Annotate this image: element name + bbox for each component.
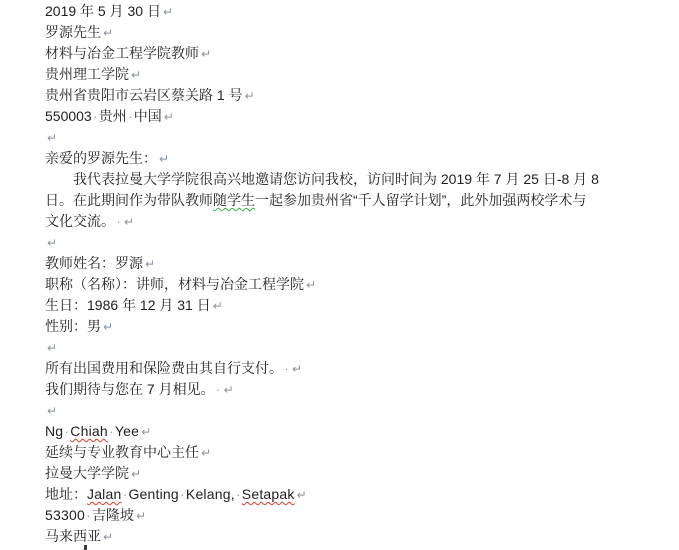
paragraph-mark-icon: ↵	[101, 320, 113, 334]
text-line: 我代表拉曼大学学院很高兴地邀请您访问我校，访问时间为 2019 年 7 月 25…	[45, 169, 665, 190]
text-line: 马来西亚↵	[45, 526, 665, 547]
clipped-character-fragment	[84, 545, 87, 550]
paragraph-mark-icon: ↵	[101, 530, 113, 544]
paragraph-mark-icon: ↵	[101, 26, 113, 40]
paragraph-mark-icon: ↵	[211, 299, 223, 313]
text-segment: 马来西亚	[45, 528, 101, 544]
text-line: 53300·吉隆坡↵	[45, 505, 665, 526]
paragraph-mark-icon: ↵	[45, 131, 57, 145]
text-segment: 性别：男	[45, 318, 101, 334]
text-segment: Genting	[128, 486, 178, 502]
text-segment: 延续与专业教育中心主任	[45, 444, 199, 460]
paragraph-mark-icon: ↵	[199, 446, 211, 460]
text-segment: 吉隆坡	[92, 507, 134, 523]
text-segment: 材料与冶金工程学院教师	[45, 45, 199, 61]
paragraph-mark-icon: ↵	[143, 257, 155, 271]
text-segment: Yee	[115, 423, 139, 439]
text-segment: Jalan	[87, 486, 121, 502]
text-segment: 我代表拉曼大学学院很高兴地邀请您访问我校，访问时间为 2019 年 7 月 25…	[73, 171, 599, 187]
text-segment: 日。在此期间作为带队教师	[45, 192, 213, 208]
paragraph-mark-icon: ↵	[290, 362, 302, 376]
text-segment: 罗源先生	[45, 24, 101, 40]
text-segment: Ng	[45, 423, 63, 439]
space-mark: ·	[215, 379, 222, 400]
text-segment: 贵州	[99, 108, 127, 124]
text-line: 日。在此期间作为带队教师随学生一起参加贵州省“千人留学计划”，此外加强两校学术与	[45, 190, 665, 211]
paragraph-mark-icon: ↵	[304, 278, 316, 292]
text-segment: 贵州省贵阳市云岩区蔡关路 1 号	[45, 87, 243, 103]
text-line: 拉曼大学学院↵	[45, 463, 665, 484]
text-line: 性别：男↵	[45, 316, 665, 337]
text-segment: 文化交流。	[45, 213, 115, 229]
text-line: ↵	[45, 127, 665, 148]
space-mark: ·	[92, 106, 99, 127]
text-segment: 生日：1986 年 12 月 31 日	[45, 297, 211, 313]
text-line: 职称（名称）：讲师，材料与冶金工程学院↵	[45, 274, 665, 295]
paragraph-mark-icon: ↵	[134, 509, 146, 523]
text-line: 2019 年 5 月 30 日↵	[45, 1, 665, 22]
text-segment: Setapak	[242, 486, 295, 502]
space-mark: ·	[108, 421, 115, 442]
document-page: 2019 年 5 月 30 日↵罗源先生↵材料与冶金工程学院教师↵贵州理工学院↵…	[45, 1, 665, 547]
text-segment: 所有出国费用和保险费由其自行支付。	[45, 360, 283, 376]
text-segment: 53300	[45, 507, 85, 523]
text-segment: Chiah	[70, 423, 108, 439]
text-segment: 中国	[134, 108, 162, 124]
space-mark: ·	[179, 484, 186, 505]
text-line: ↵	[45, 232, 665, 253]
paragraph-mark-icon: ↵	[45, 236, 57, 250]
text-line: 亲爱的罗源先生：↵	[45, 148, 665, 169]
text-line: ↵	[45, 337, 665, 358]
text-line: 生日：1986 年 12 月 31 日↵	[45, 295, 665, 316]
text-segment: Kelang,	[186, 486, 235, 502]
space-mark: ·	[283, 358, 290, 379]
paragraph-mark-icon: ↵	[45, 404, 57, 418]
paragraph-mark-icon: ↵	[157, 152, 169, 166]
paragraph-mark-icon: ↵	[161, 5, 173, 19]
paragraph-mark-icon: ↵	[199, 47, 211, 61]
text-line: 文化交流。·↵	[45, 211, 665, 232]
text-line: 贵州省贵阳市云岩区蔡关路 1 号↵	[45, 85, 665, 106]
text-segment: 一起参加贵州省“千人留学计划”，此外加强两校学术与	[255, 192, 586, 208]
text-segment: 随学生	[213, 192, 255, 208]
text-line: Ng·Chiah·Yee↵	[45, 421, 665, 442]
text-line: 550003·贵州·中国↵	[45, 106, 665, 127]
paragraph-mark-icon: ↵	[222, 383, 234, 397]
text-segment: 550003	[45, 108, 92, 124]
paragraph-mark-icon: ↵	[295, 488, 307, 502]
paragraph-mark-icon: ↵	[129, 467, 141, 481]
document-canvas: { "document": { "language": "zh-CN", "ma…	[0, 0, 679, 550]
paragraph-mark-icon: ↵	[122, 215, 134, 229]
space-mark: ·	[115, 211, 122, 232]
text-line: 延续与专业教育中心主任↵	[45, 442, 665, 463]
text-segment: 拉曼大学学院	[45, 465, 129, 481]
paragraph-mark-icon: ↵	[139, 425, 151, 439]
text-line: 所有出国费用和保险费由其自行支付。·↵	[45, 358, 665, 379]
space-mark: ·	[85, 505, 92, 526]
text-line: 地址：Jalan·Genting·Kelang,·Setapak↵	[45, 484, 665, 505]
text-segment: 我们期待与您在 7 月相见。	[45, 381, 215, 397]
text-segment: 2019 年 5 月 30 日	[45, 3, 161, 19]
text-line: ↵	[45, 400, 665, 421]
space-mark: ·	[127, 106, 134, 127]
space-mark: ·	[235, 484, 242, 505]
paragraph-mark-icon: ↵	[243, 89, 255, 103]
text-segment: 贵州理工学院	[45, 66, 129, 82]
text-line: 罗源先生↵	[45, 22, 665, 43]
text-segment: 地址：	[45, 486, 87, 502]
text-line: 教师姓名：罗源↵	[45, 253, 665, 274]
text-line: 我们期待与您在 7 月相见。·↵	[45, 379, 665, 400]
paragraph-mark-icon: ↵	[162, 110, 174, 124]
text-segment: 职称（名称）：讲师，材料与冶金工程学院	[45, 276, 304, 292]
paragraph-mark-icon: ↵	[45, 341, 57, 355]
text-line: 材料与冶金工程学院教师↵	[45, 43, 665, 64]
paragraph-mark-icon: ↵	[129, 68, 141, 82]
text-segment: 亲爱的罗源先生：	[45, 150, 157, 166]
text-line: 贵州理工学院↵	[45, 64, 665, 85]
text-segment: 教师姓名：罗源	[45, 255, 143, 271]
